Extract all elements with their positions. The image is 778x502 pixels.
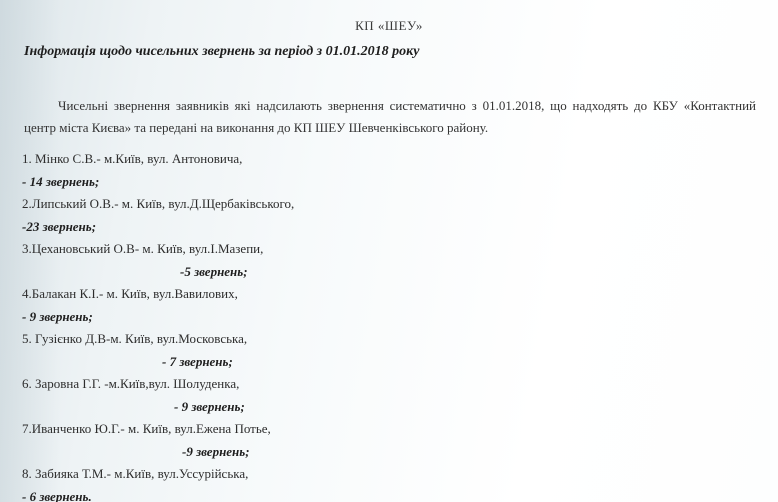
list-item-name: 4.Балакан К.І.- м. Київ, вул.Вавилових, xyxy=(22,283,422,306)
list-item-count: - 7 звернень; xyxy=(22,354,233,369)
organization-title: КП «ШЕУ» xyxy=(0,18,778,34)
list-item-count: -9 звернень; xyxy=(22,444,250,459)
list-item-name: 7.Иванченко Ю.Г.- м. Київ, вул.Ежена Пот… xyxy=(22,418,422,441)
list-item-count: -23 звернень; xyxy=(22,219,96,234)
list-item-count: -5 звернень; xyxy=(22,264,248,279)
intro-text: Чисельні звернення заявників які надсила… xyxy=(24,98,756,135)
list-item-count: - 6 звернень. xyxy=(22,489,92,502)
list-item-name: 5. Гузієнко Д.В-м. Київ, вул.Московська, xyxy=(22,328,422,351)
list-item-name: 2.Липський О.В.- м. Київ, вул.Д.Щербаків… xyxy=(22,193,422,216)
list-item-count: - 14 звернень; xyxy=(22,174,99,189)
list-item-name: 8. Забияка Т.М.- м.Київ, вул.Уссурійська… xyxy=(22,463,422,486)
list-item-name: 3.Цехановський О.В- м. Київ, вул.І.Мазеп… xyxy=(22,238,422,261)
list-item-count: - 9 звернень; xyxy=(22,399,245,414)
intro-paragraph: Чисельні звернення заявників які надсила… xyxy=(24,95,756,139)
list-item-count: - 9 звернень; xyxy=(22,309,93,324)
list-item-name: 1. Мінко С.В.- м.Київ, вул. Антоновича, xyxy=(22,148,422,171)
complainants-list: 1. Мінко С.В.- м.Київ, вул. Антоновича, … xyxy=(22,148,422,502)
list-item-name: 6. Заровна Г.Г. -м.Київ,вул. Шолуденка, xyxy=(22,373,422,396)
document-heading: Інформація щодо чисельних звернень за пе… xyxy=(24,44,419,60)
